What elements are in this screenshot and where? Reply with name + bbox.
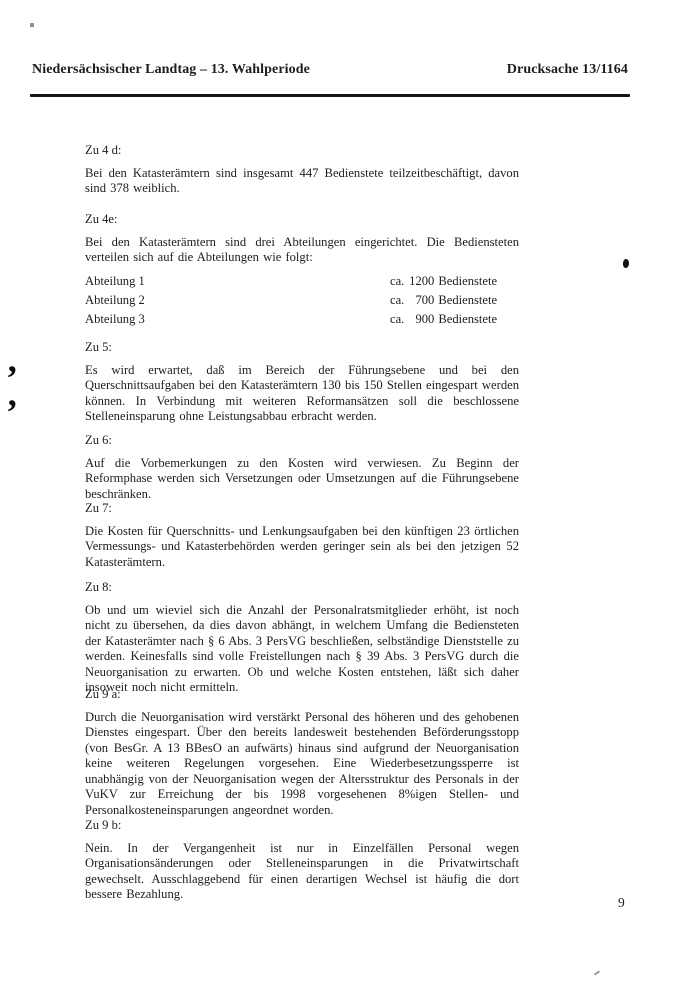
section-paragraph: Die Kosten für Querschnitts- und Lenkung… bbox=[85, 524, 519, 571]
section-zu-4d: Zu 4 d: Bei den Katasterämtern sind insg… bbox=[85, 143, 519, 197]
section-heading: Zu 9 b: bbox=[85, 818, 519, 834]
page-header: Niedersächsischer Landtag – 13. Wahlperi… bbox=[32, 62, 628, 78]
department-unit: Bedienstete bbox=[438, 293, 497, 309]
ink-dot-mark bbox=[623, 259, 630, 269]
approx-prefix: ca. bbox=[390, 293, 404, 309]
approx-prefix: ca. bbox=[390, 274, 404, 290]
section-zu-8: Zu 8: Ob und um wieviel sich die Anzahl … bbox=[85, 580, 519, 696]
section-zu-9b: Zu 9 b: Nein. In der Vergangenheit ist n… bbox=[85, 818, 519, 903]
header-right-title: Drucksache 13/1164 bbox=[507, 62, 628, 78]
section-heading: Zu 9 a: bbox=[85, 687, 519, 703]
scan-speck bbox=[30, 23, 34, 27]
section-zu-9a: Zu 9 a: Durch die Neuorganisation wird v… bbox=[85, 687, 519, 818]
table-row: Abteilung 1 ca. 1200 Bedienstete bbox=[85, 274, 519, 293]
page-number: 9 bbox=[618, 895, 625, 911]
department-label: Abteilung 2 bbox=[85, 293, 390, 309]
table-row: Abteilung 2 ca. 700 Bedienstete bbox=[85, 293, 519, 312]
department-count: 700 bbox=[404, 293, 434, 309]
section-heading: Zu 7: bbox=[85, 501, 519, 517]
department-value: ca. 900 Bedienstete bbox=[390, 312, 497, 328]
department-value: ca. 700 Bedienstete bbox=[390, 293, 497, 309]
approx-prefix: ca. bbox=[390, 312, 404, 328]
section-paragraph: Nein. In der Vergangenheit ist nur in Ei… bbox=[85, 841, 519, 903]
header-divider-rule bbox=[30, 94, 630, 97]
section-heading: Zu 4e: bbox=[85, 212, 519, 228]
section-heading: Zu 5: bbox=[85, 340, 519, 356]
section-heading: Zu 6: bbox=[85, 433, 519, 449]
department-unit: Bedienstete bbox=[438, 312, 497, 328]
department-value: ca. 1200 Bedienstete bbox=[390, 274, 497, 290]
table-row: Abteilung 3 ca. 900 Bedienstete bbox=[85, 312, 519, 331]
section-zu-7: Zu 7: Die Kosten für Querschnitts- und L… bbox=[85, 501, 519, 570]
section-zu-4e: Zu 4e: Bei den Katasterämtern sind drei … bbox=[85, 212, 519, 331]
department-count: 1200 bbox=[404, 274, 434, 290]
section-paragraph: Es wird erwartet, daß im Bereich der Füh… bbox=[85, 363, 519, 425]
section-paragraph: Bei den Katasterämtern sind insgesamt 44… bbox=[85, 166, 519, 197]
header-left-title: Niedersächsischer Landtag – 13. Wahlperi… bbox=[32, 62, 310, 78]
scan-speck bbox=[594, 970, 600, 975]
section-zu-5: Zu 5: Es wird erwartet, daß im Bereich d… bbox=[85, 340, 519, 425]
department-unit: Bedienstete bbox=[438, 274, 497, 290]
document-page: Niedersächsischer Landtag – 13. Wahlperi… bbox=[0, 0, 700, 990]
section-heading: Zu 8: bbox=[85, 580, 519, 596]
section-paragraph: Bei den Katasterämtern sind drei Abteilu… bbox=[85, 235, 519, 266]
section-paragraph: Durch die Neuorganisation wird verstärkt… bbox=[85, 710, 519, 819]
department-count: 900 bbox=[404, 312, 434, 328]
section-zu-6: Zu 6: Auf die Vorbemerkungen zu den Kost… bbox=[85, 433, 519, 502]
section-paragraph: Ob und um wieviel sich die Anzahl der Pe… bbox=[85, 603, 519, 696]
department-label: Abteilung 3 bbox=[85, 312, 390, 328]
department-label: Abteilung 1 bbox=[85, 274, 390, 290]
section-heading: Zu 4 d: bbox=[85, 143, 519, 159]
departments-table: Abteilung 1 ca. 1200 Bedienstete Abteilu… bbox=[85, 274, 519, 332]
section-paragraph: Auf die Vorbemerkungen zu den Kosten wir… bbox=[85, 456, 519, 503]
